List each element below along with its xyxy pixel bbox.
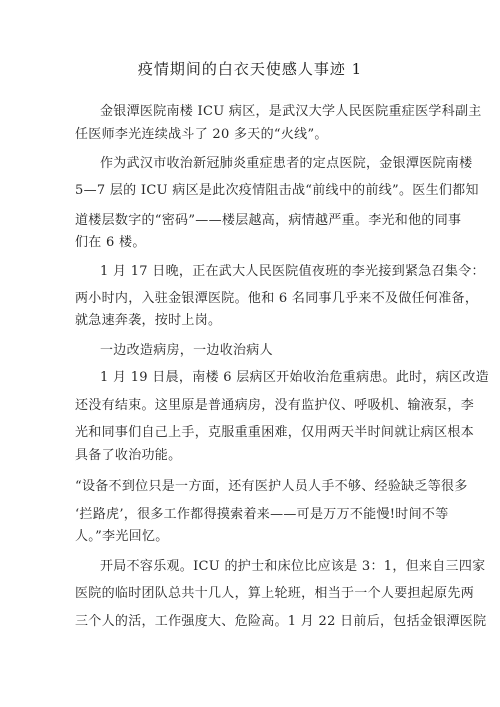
document-title: 疫情期间的白衣天使感人事迹 1 xyxy=(0,58,500,79)
paragraph-line: 任医师李光连续战斗了 20 多天的“火线”。 xyxy=(75,127,328,143)
paragraph-line: 三个人的活，工作强度大、危险高。1 月 22 日前后，包括金银潭医院 xyxy=(75,614,486,630)
paragraph-line: 一边改造病房，一边收治病人 xyxy=(100,343,273,359)
paragraph-line: 两小时内，入驻金银潭医院。他和 6 名同事几乎来不及做任何准备， xyxy=(75,291,478,307)
paragraph-line: 人。”李光回忆。 xyxy=(75,529,169,545)
document-page: 疫情期间的白衣天使感人事迹 1 金银潭医院南楼 ICU 病区，是武汉大学人民医院… xyxy=(0,0,500,707)
paragraph-line: 5—7 层的 ICU 病区是此次疫情阻击战“前线中的前线”。医生们都知 xyxy=(75,183,479,199)
paragraph-line: 就急速奔袭，按时上岗。 xyxy=(75,313,221,329)
paragraph-line: 1 月 17 日晚，正在武大人民医院值夜班的李光接到紧急召集令： xyxy=(100,264,485,280)
paragraph-line: 金银潭医院南楼 ICU 病区，是武汉大学人民医院重症医学科副主 xyxy=(100,104,482,120)
paragraph-line: ‘拦路虎’，很多工作都得摸索着来——可是万万不能慢!时间不等 xyxy=(75,507,449,523)
paragraph-line: 医院的临时团队总共十几人，算上轮班，相当于一个人要担起原先两 xyxy=(75,586,474,602)
paragraph-line: 还没有结束。这里原是普通病房，没有监护仪、呼吸机、输液泵，李 xyxy=(75,398,474,414)
paragraph-line: 道楼层数字的“密码”——楼层越高，病情越严重。李光和他的同事 xyxy=(75,213,461,229)
paragraph-line: 具备了收治功能。 xyxy=(75,448,181,464)
paragraph-line: 1 月 19 日晨，南楼 6 层病区开始收治危重病患。此时，病区改造 xyxy=(100,370,489,386)
paragraph-line: 光和同事们自己上手，克服重重困难，仅用两天半时间就让病区根本 xyxy=(75,425,474,441)
paragraph-line: 作为武汉市收治新冠肺炎重症患者的定点医院，金银潭医院南楼 xyxy=(100,156,472,172)
paragraph-line: 们在 6 楼。 xyxy=(75,235,146,251)
paragraph-line: “设备不到位只是一方面，还有医护人员人手不够、经验缺乏等很多 xyxy=(75,479,468,495)
paragraph-line: 开局不容乐观。ICU 的护士和床位比应该是 3：1，但来自三四家 xyxy=(100,559,485,575)
